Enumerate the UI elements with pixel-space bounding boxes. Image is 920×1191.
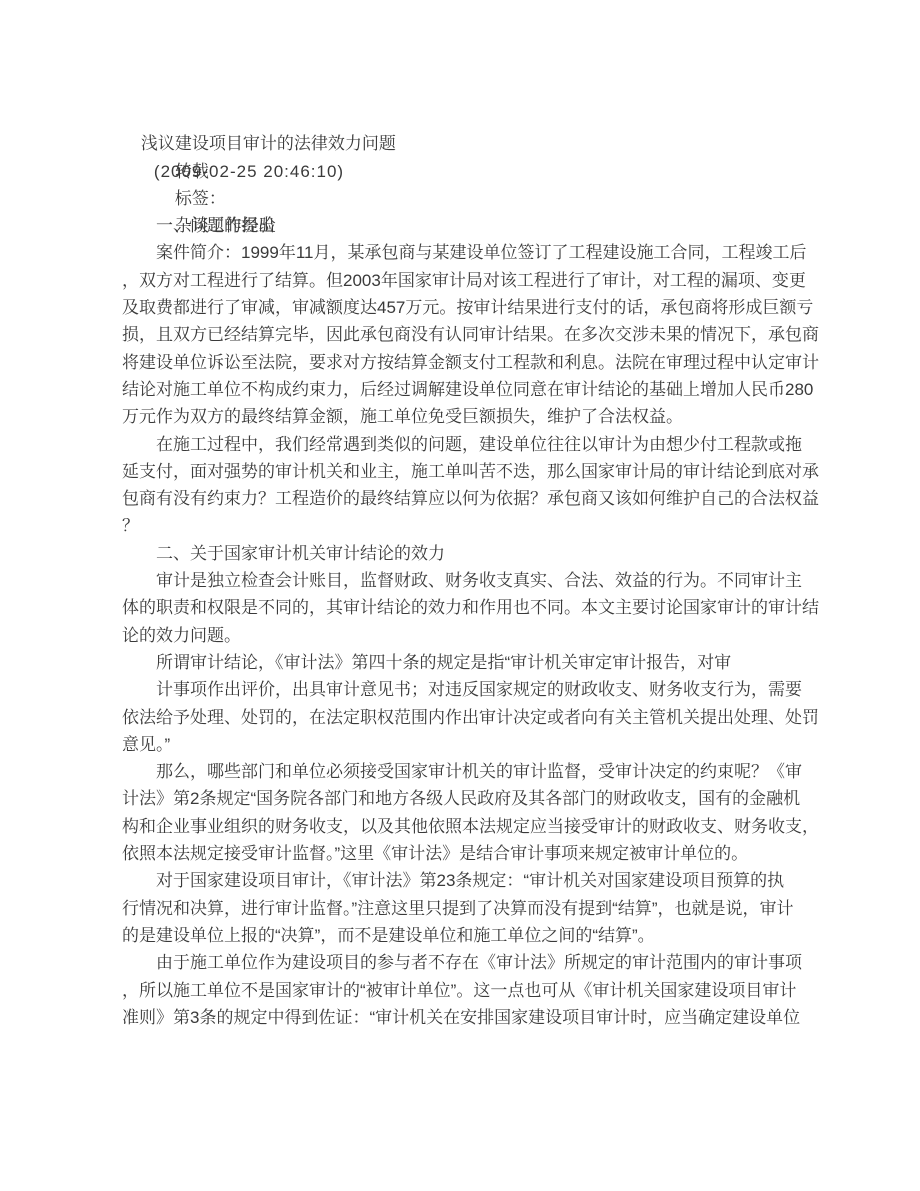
- text-line: ，双方对工程进行了结算。但2003年国家审计局对该工程进行了审计，对工程的漏项、…: [122, 267, 812, 294]
- text-line: 意见。”: [122, 731, 812, 758]
- text-line: 依照本法规定接受审计监督。”这里《审计法》是结合审计事项来规定被审计单位的。: [122, 840, 812, 867]
- text-line: 万元作为双方的最终结算金额，施工单位免受巨额损失，维护了合法权益。: [122, 403, 812, 430]
- text-line: 由于施工单位作为建设项目的参与者不存在《审计法》所规定的审计范围内的审计事项: [122, 949, 812, 976]
- text-line: 构和企业事业组织的财务收支，以及其他依照本法规定应当接受审计的财政收支、财务收支…: [122, 813, 812, 840]
- text-line: 依法给予处理、处罚的，在法定职权范围内作出审计决定或者向有关主管机关提出处理、处…: [122, 704, 812, 731]
- text-line: 结论对施工单位不构成约束力，后经过调解建设单位同意在审计结论的基础上增加人民币2…: [122, 376, 812, 403]
- text-line: ，所以施工单位不是国家审计的“被审计单位”。这一点也可从《审计机关国家建设项目审…: [122, 977, 812, 1004]
- text-line: 论的效力问题。: [122, 622, 812, 649]
- text-line: 损，且双方已经结算完毕，因此承包商没有认同审计结果。在多次交涉未果的情况下，承包…: [122, 321, 812, 348]
- text-line: 及取费都进行了审减，审减额度达457万元。按审计结果进行支付的话，承包商将形成巨…: [122, 294, 812, 321]
- page-title: 浅议建设项目审计的法律效力问题: [141, 134, 396, 153]
- text-line: 的是建设单位上报的“决算”，而不是建设单位和施工单位之间的“结算”。: [122, 922, 812, 949]
- text-line: 对于国家建设项目审计，《审计法》第23条规定：“审计机关对国家建设项目预算的执: [122, 867, 812, 894]
- text-line: 体的职责和权限是不同的，其审计结论的效力和作用也不同。本文主要讨论国家审计的审计…: [122, 594, 812, 621]
- text-line: 计法》第2条规定“国务院各部门和地方各级人民政府及其各部门的财政收支，国有的金融…: [122, 785, 812, 812]
- text-line: 延支付，面对强势的审计机关和业主，施工单叫苦不迭，那么国家审计局的审计结论到底对…: [122, 458, 812, 485]
- article-title-line: 浅议建设项目审计的法律效力问题 (2009-02-25 20:46:10): [122, 103, 812, 130]
- text-line: 审计是独立检查会计账目，监督财政、财务收支真实、合法、效益的行为。不同审计主: [122, 567, 812, 594]
- document-page: 浅议建设项目审计的法律效力问题 (2009-02-25 20:46:10) 转载…: [122, 103, 812, 1031]
- tags-label: 标签：: [175, 189, 226, 208]
- text-line: 计事项作出评价，出具审计意见书；对违反国家规定的财政收支、财务收支行为，需要: [122, 676, 812, 703]
- text-line: 那么，哪些部门和单位必须接受国家审计机关的审计监督，受审计决定的约束呢？《审: [122, 758, 812, 785]
- text-line: ？: [122, 512, 812, 539]
- text-line: 行情况和决算，进行审计监督。”注意这里只提到了决算而没有提到“结算”，也就是说，…: [122, 895, 812, 922]
- section-heading: 二、关于国家审计机关审计结论的效力: [122, 540, 812, 567]
- text-line: 在施工过程中，我们经常遇到类似的问题，建设单位往往以审计为由想少付工程款或拖: [122, 431, 812, 458]
- text-line: 所谓审计结论，《审计法》第四十条的规定是指“审计机关审定审计报告，对审: [122, 649, 812, 676]
- text-line: 准则》第3条的规定中得到佐证：“审计机关在安排国家建设项目审计时，应当确定建设单…: [122, 1004, 812, 1031]
- text-line: 包商有没有约束力？工程造价的最终结算应以何为依据？承包商又该如何维护自己的合法权…: [122, 485, 812, 512]
- section-heading: 一、问题的提出: [122, 212, 812, 239]
- text-line: 将建设单位诉讼至法院，要求对方按结算金额支付工程款和利息。法院在审理过程中认定审…: [122, 349, 812, 376]
- text-line: 案件简介：1999年11月，某承包商与某建设单位签订了工程建设施工合同，工程竣工…: [122, 239, 812, 266]
